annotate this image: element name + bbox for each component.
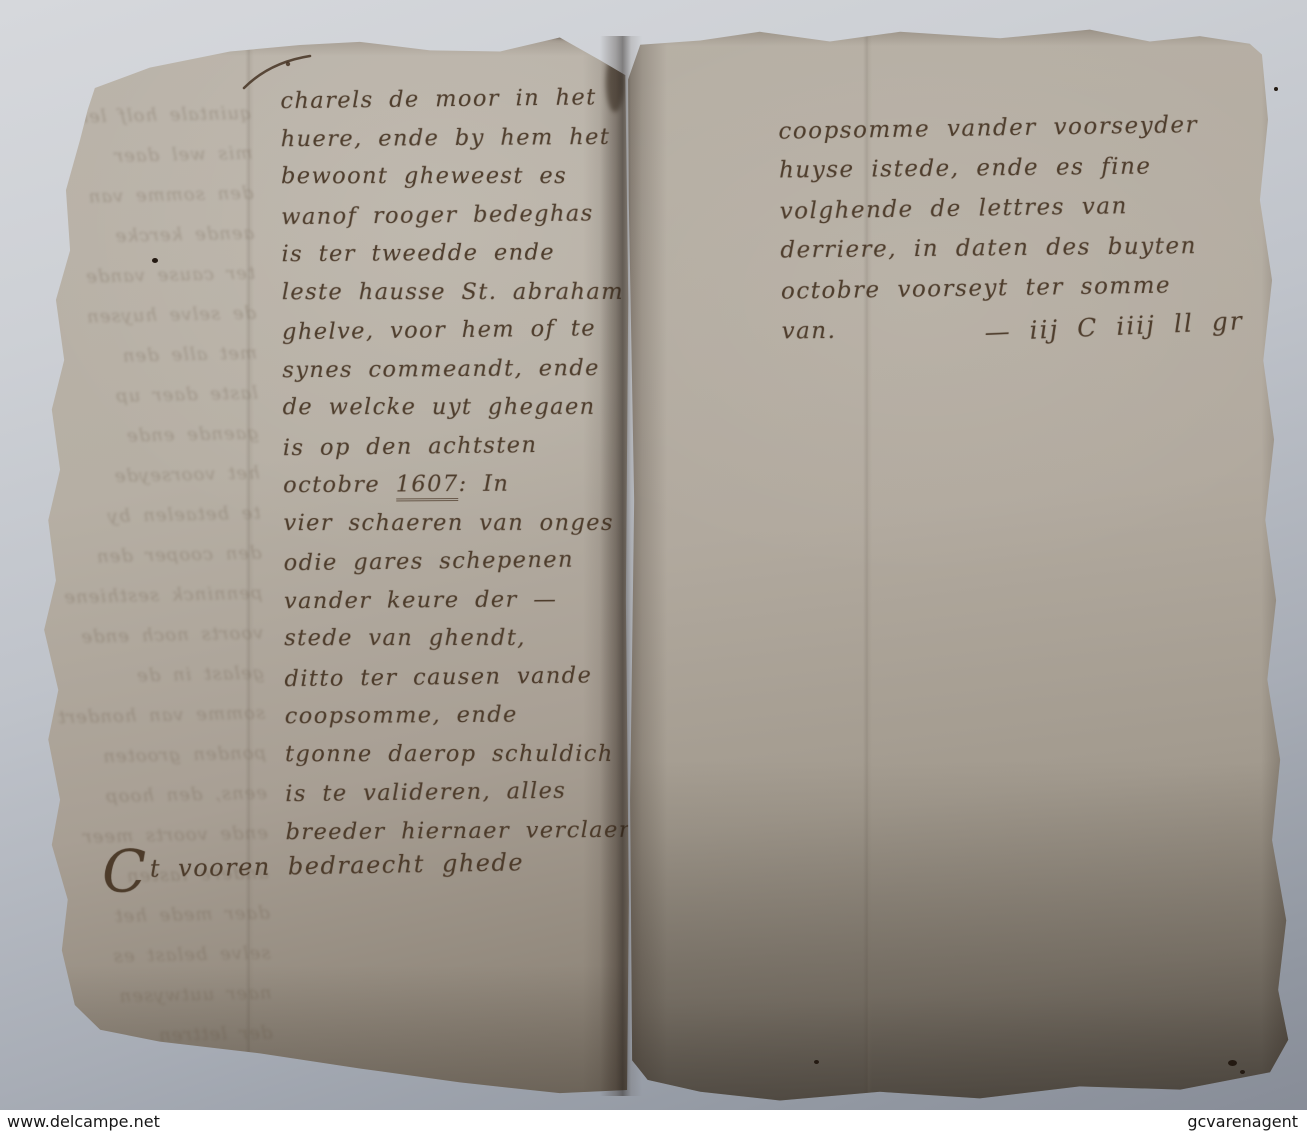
manuscript-line: is op den achtsten (283, 424, 639, 467)
burnt-edge-spot (264, 26, 354, 38)
ink-speck (1240, 1070, 1245, 1074)
bleedthrough-line: het voorseyde (39, 454, 260, 499)
manuscript-line: vander keure der — (284, 579, 640, 620)
ink-speck (814, 1060, 819, 1064)
ink-speck (1228, 1060, 1237, 1066)
bleedthrough-line: te betaelen by (40, 494, 261, 539)
burnt-edge-spot (536, 25, 606, 38)
manuscript-line: coopsomme vander voorseyder (778, 104, 1249, 151)
left-page-handwriting: charels de moor in het huere, ende by he… (280, 79, 641, 851)
bleedthrough-line: selve belast es (50, 933, 271, 978)
bleedthrough-line: daer mede het (49, 893, 270, 938)
watermark-bar: www.delcampe.net gcvarenagent (0, 1110, 1307, 1132)
bleedthrough-line: quintale holf lela (31, 94, 252, 139)
bleedthrough-line: gaende ende (38, 414, 259, 459)
manuscript-line: odie gares schepenen (283, 540, 639, 583)
bleedthrough-line: ponden grooten (46, 733, 267, 778)
burnt-edge-spot (890, 17, 1010, 29)
manuscript-line: vier schaeren van onges (283, 503, 639, 542)
manuscript-line: derriere, in daten des buyten (780, 226, 1250, 271)
date-line-post: : In (458, 471, 509, 497)
bleedthrough-line: mis wel daer (32, 134, 253, 179)
burnt-edge-spot (1147, 18, 1237, 31)
manuscript-line: huyse istede, ende es fine (779, 146, 1249, 191)
total-line-text: t vooren bedraecht ghede (150, 848, 525, 883)
bleedthrough-line: naer uutwysen (51, 973, 272, 1018)
manuscript-line: synes commeandt, ende (282, 348, 638, 389)
ink-speck (152, 258, 158, 263)
bleedthrough-line: laste daer up (37, 374, 258, 419)
manuscript-date-line: octobre 1607: In (283, 464, 639, 505)
left-page-total-line: Ct vooren bedraecht ghede (102, 848, 524, 883)
bleedthrough-line: den somme van (33, 174, 254, 219)
bleedthrough-line: eens, den hoop (47, 773, 268, 818)
manuscript-line: coopsomme, ende (285, 695, 641, 736)
manuscript-line: ditto ter causen vande (284, 655, 640, 698)
bleedthrough-line: somme van hondert (45, 693, 266, 738)
manuscript-sum-line: van. — iij C iiij ll gr (781, 306, 1243, 352)
bleedthrough-line: voorts noch ende (43, 613, 264, 658)
burnt-edge-spot (1248, 26, 1288, 40)
flourished-initial: C (101, 837, 148, 906)
watermark-delcampe: www.delcampe.net (7, 1112, 160, 1131)
manuscript-line: volghende de lettres van (779, 184, 1250, 231)
date-line-pre: octobre (283, 471, 396, 498)
photo-backdrop: quintale holf lela mis wel daer den somm… (0, 0, 1307, 1132)
bleedthrough-line: met alle den (37, 334, 258, 379)
burnt-edge-spot (627, 19, 687, 31)
manuscript-line: breeder hiernaer verclaert (285, 810, 641, 851)
manuscript-line: huere, ende by hem het (281, 117, 637, 158)
bleedthrough-line: de selve huysen (36, 294, 257, 339)
underlined-date: 1607 (396, 471, 459, 501)
manuscript-line: bewoont gheweest es (281, 157, 637, 196)
right-page-handwriting: coopsomme vander voorseyder huyse istede… (778, 104, 1252, 352)
manuscript-line: leste hausse St. abraham (282, 272, 638, 311)
manuscript-line: is ter tweedde ende (281, 233, 637, 274)
manuscript-line: wanof rooger bedeghas (281, 193, 637, 236)
ink-speck (1274, 87, 1278, 91)
bleedthrough-line: ter cause vande (35, 254, 256, 299)
bleedthrough-line: gelast in de (44, 653, 265, 698)
manuscript-line: de welcke uyt ghegaen (283, 388, 639, 427)
manuscript-line: tgonne daerop schuldich (285, 734, 641, 773)
sum-line-word: van. (781, 311, 836, 352)
left-page: quintale holf lela mis wel daer den somm… (40, 30, 630, 1105)
bleedthrough-line: den cooper den (41, 534, 262, 579)
sum-amount: — iij C iiij ll gr (983, 301, 1244, 353)
page-fold-gutter (600, 36, 642, 1096)
bleedthrough-line: penninck sesthiene (42, 574, 263, 619)
bleedthrough-line: aende kercke (34, 214, 255, 259)
manuscript-line: ghelve, voor hem of te (282, 309, 638, 352)
bleedthrough-line: der lettren (52, 1013, 273, 1058)
right-page: coopsomme vander voorseyder huyse istede… (620, 22, 1295, 1107)
bleedthrough-line: ende voorts meer (47, 813, 268, 858)
manuscript-line: stede van ghendt, (284, 619, 640, 658)
verso-bleedthrough-text: quintale holf lela mis wel daer den somm… (31, 94, 273, 1059)
manuscript-line: charels de moor in het (280, 78, 636, 121)
manuscript-line: is te valideren, alles (285, 771, 641, 814)
watermark-seller: gcvarenagent (1187, 1112, 1298, 1131)
